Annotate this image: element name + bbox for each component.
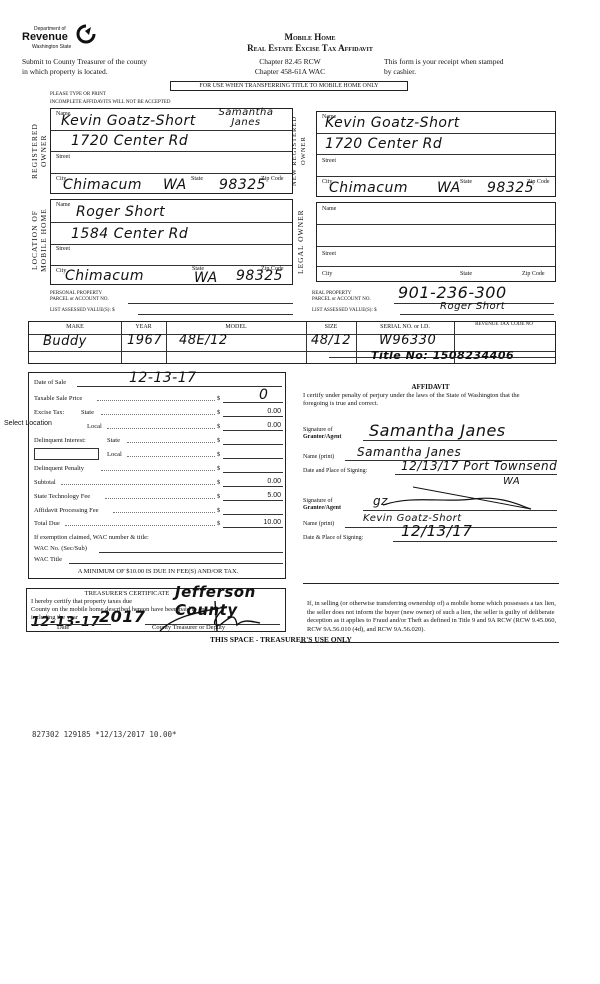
col-header-model: MODEL (166, 324, 306, 330)
state-label: State (460, 179, 472, 185)
location-address[interactable]: 1584 Center Rd (71, 226, 188, 242)
affidavit-divider (303, 583, 559, 584)
registered-owner-name[interactable]: Kevin Goatz-Short (61, 113, 196, 129)
cell-size[interactable]: 48/12 (311, 333, 351, 348)
dollar-sign: $ (217, 395, 220, 402)
subtotal-value[interactable]: 0.00 (223, 478, 281, 485)
location-label-2: MOBILE HOME (39, 208, 48, 272)
treasurer-date-label: Date (57, 624, 69, 631)
location-name[interactable]: Roger Short (76, 204, 165, 220)
excise-tax-label: Excise Tax: (34, 409, 64, 416)
registered-owner-name-extra[interactable]: Samantha Janes (211, 108, 281, 128)
submit-instructions: Submit to County Treasurer of the county… (22, 57, 147, 77)
delinquent-local-label: Local (107, 451, 122, 458)
registered-owner-label: REGISTERED OWNER (30, 110, 52, 192)
registered-owner-label-1: REGISTERED (30, 123, 39, 179)
cell-make[interactable]: Buddy (43, 334, 87, 349)
dept-line-3: Washington State (32, 44, 71, 50)
street-label: Street (56, 246, 70, 252)
state-label: State (460, 271, 472, 277)
cell-serial[interactable]: W96330 (379, 333, 436, 348)
location-select[interactable] (34, 448, 99, 460)
grantee-date-place-label: Date & Place of Signing: (303, 535, 363, 541)
registered-owner-state[interactable]: WA (163, 177, 187, 193)
date-of-sale-value[interactable]: 12-13-17 (129, 370, 197, 386)
new-owner-label-2: OWNER (300, 137, 307, 166)
real-parcel-value[interactable]: 901-236-300 (398, 283, 507, 302)
affidavit-certify: I certify under penalty of perjury under… (303, 392, 533, 408)
street-label: Street (322, 158, 336, 164)
tech-fee-label: State Technology Fee (34, 493, 90, 500)
legal-owner-label-text: LEGAL OWNER (296, 210, 305, 275)
lien-notice: If, in selling (or otherwise transferrin… (307, 600, 557, 634)
new-owner-address[interactable]: 1720 Center Rd (325, 136, 442, 152)
submit-line-2: in which property is located. (22, 67, 147, 77)
location-label: LOCATION OF MOBILE HOME (30, 200, 52, 280)
delinquent-penalty-label: Delinquent Penalty (34, 465, 84, 472)
taxable-price-label: Taxable Sale Price (34, 395, 82, 402)
real-property-section: REAL PROPERTY PARCEL or ACCOUNT NO. 901-… (312, 291, 557, 321)
col-header-serial: SERIAL NO. or I.D. (356, 324, 454, 330)
wac-title-label: WAC Title (34, 556, 62, 563)
dept-line-2: Revenue (22, 31, 68, 43)
grantor-signature[interactable]: Samantha Janes (369, 421, 506, 440)
title-number-note[interactable]: Title No: 1508234406 (371, 349, 514, 362)
grantor-sig-label-1: Signature of (303, 427, 341, 434)
dollar-sign: $ (217, 465, 220, 472)
delinquent-state-field[interactable] (223, 437, 283, 445)
chapter-wac: Chapter 458-61A WAC (240, 67, 340, 77)
registered-owner-address[interactable]: 1720 Center Rd (71, 133, 188, 149)
dollar-sign: $ (217, 493, 220, 500)
real-assessed-value[interactable]: Roger Short (440, 301, 505, 312)
dollar-sign: $ (217, 479, 220, 486)
delinquent-local-field[interactable] (223, 451, 283, 459)
excise-local-value[interactable]: 0.00 (223, 422, 281, 429)
treasurer-certificate-box: TREASURER'S CERTIFICATE I hereby certify… (26, 588, 286, 632)
dollar-sign: $ (217, 520, 220, 527)
street-label: Street (56, 154, 70, 160)
excise-local-label: Local (87, 423, 102, 430)
title-line-2: Real Estate Excise Tax Affidavit (170, 43, 450, 53)
minimum-notice: A MINIMUM OF $10.00 IS DUE IN FEE(S) AND… (29, 568, 287, 575)
delinquent-state-label: State (107, 437, 120, 444)
processing-fee-label: Affidavit Processing Fee (34, 507, 99, 514)
new-registered-owner-label: NEW REGISTERED OWNER (290, 108, 314, 194)
location-city[interactable]: Chimacum (65, 268, 144, 284)
street-label: Street (322, 251, 336, 257)
registered-owner-zip[interactable]: 98325 (219, 177, 266, 193)
new-owner-name[interactable]: Kevin Goatz-Short (325, 115, 460, 131)
cell-year[interactable]: 1967 (127, 333, 162, 348)
personal-property-section: PERSONAL PROPERTY PARCEL or ACCOUNT NO. … (50, 291, 295, 321)
subtotal-label: Subtotal (34, 479, 56, 486)
grantor-date-place-label: Date and Place of Signing: (303, 468, 367, 474)
wac-no-label: WAC No. (Sec/Sub) (34, 545, 87, 552)
registered-owner-box: Name Kevin Goatz-Short Samantha Janes 17… (50, 108, 293, 194)
dollar-sign: $ (217, 423, 220, 430)
real-assessed-label: LIST ASSESSED VALUE(S): $ (312, 308, 377, 313)
submit-line-1: Submit to County Treasurer of the county (22, 57, 147, 67)
receipt-stamp: 827302 129185 *12/13/2017 10.00* (32, 730, 177, 739)
grantor-name-value[interactable]: Samantha Janes (357, 445, 461, 459)
chapters: Chapter 82.45 RCW Chapter 458-61A WAC (240, 57, 340, 77)
lien-divider (300, 642, 559, 643)
treasurer-signature (155, 597, 265, 633)
receipt-line-1: This form is your receipt when stamped (384, 57, 504, 67)
affidavit-section: AFFIDAVIT I certify under penalty of per… (303, 383, 558, 563)
select-location-label: Select Location (4, 420, 52, 427)
grantor-name-label: Name (print) (303, 454, 334, 460)
name-label: Name (322, 206, 336, 212)
location-box: Name Roger Short 1584 Center Rd Street C… (50, 199, 293, 285)
personal-assessed-field[interactable] (138, 307, 293, 315)
registered-owner-label-2: OWNER (39, 135, 48, 168)
exemption-label: If exemption claimed, WAC number & title… (34, 534, 149, 541)
taxable-price-value[interactable]: 0 (259, 387, 268, 403)
processing-fee-field[interactable] (223, 507, 283, 515)
new-owner-box: Name Kevin Goatz-Short 1720 Center Rd St… (316, 111, 556, 197)
new-owner-label-1: NEW REGISTERED (291, 116, 298, 186)
total-due-value[interactable]: 10.00 (223, 519, 281, 526)
legal-owner-label: LEGAL OWNER (296, 202, 310, 282)
taxable-price-field[interactable] (223, 395, 283, 403)
date-of-sale-label: Date of Sale (34, 379, 66, 386)
affidavit-title: AFFIDAVIT (303, 383, 558, 391)
grantee-date-place-value[interactable]: 12/13/17 (401, 522, 472, 540)
city-label: City (322, 271, 332, 277)
wac-no-field[interactable] (99, 545, 283, 553)
receipt-line-2: by cashier. (384, 67, 504, 77)
personal-parcel-field[interactable] (128, 296, 293, 304)
excise-state-value[interactable]: 0.00 (223, 408, 281, 415)
grantor-date-place-value[interactable]: 12/13/17 Port Townsend (401, 459, 557, 473)
new-owner-state[interactable]: WA (437, 180, 461, 196)
dollar-sign: $ (217, 437, 220, 444)
grantor-sig-label: Signature of Grantor/Agent (303, 427, 341, 441)
registered-owner-city[interactable]: Chimacum (63, 177, 142, 193)
personal-assessed-label: LIST ASSESSED VALUE(S): $ (50, 308, 115, 313)
chapter-rcw: Chapter 82.45 RCW (240, 57, 340, 67)
col-header-make: MAKE (29, 324, 121, 330)
location-label-1: LOCATION OF (30, 210, 39, 270)
name-label: Name (56, 202, 70, 208)
grantor-sig-label-2: Grantor/Agent (303, 434, 341, 441)
instruction-incomplete: INCOMPLETE AFFIDAVITS WILL NOT BE ACCEPT… (50, 100, 171, 105)
use-banner: FOR USE WHEN TRANSFERRING TITLE TO MOBIL… (170, 81, 408, 91)
delinquent-penalty-field[interactable] (223, 465, 283, 473)
col-header-year: YEAR (121, 324, 166, 330)
excise-state-label: State (81, 409, 94, 416)
dollar-sign: $ (217, 451, 220, 458)
treasurer-text-1: I hereby certify that property taxes due (31, 598, 132, 605)
col-header-size: SIZE (306, 324, 356, 330)
grantee-sig-label-2: Grantee/Agent (303, 505, 341, 512)
cell-model[interactable]: 48E/12 (179, 333, 228, 348)
dor-logo: Department of Revenue Washington State (22, 26, 102, 54)
dor-swirl-icon (76, 24, 96, 44)
dollar-sign: $ (217, 507, 220, 514)
title-line-1: Mobile Home (200, 32, 420, 42)
location-state[interactable]: WA (194, 270, 218, 286)
total-due-label: Total Due (34, 520, 60, 527)
grantee-signature-stroke (383, 485, 533, 511)
delinquent-interest-label: Delinquent Interest: (34, 437, 86, 444)
tech-fee-value[interactable]: 5.00 (223, 492, 281, 499)
location-zip[interactable]: 98325 (236, 268, 283, 284)
col-header-revenue-code: REVENUE TAX CODE NO (459, 322, 549, 328)
grantee-sig-label-1: Signature of (303, 498, 341, 505)
receipt-note: This form is your receipt when stamped b… (384, 57, 504, 77)
new-owner-city[interactable]: Chimacum (329, 180, 408, 196)
instruction-type-print: PLEASE TYPE OR PRINT (50, 92, 106, 97)
grantee-name-label: Name (print) (303, 521, 334, 527)
grantee-sig-label: Signature of Grantee/Agent (303, 498, 341, 512)
tax-calc-box: Date of Sale 12-13-17 Taxable Sale Price… (28, 372, 286, 579)
dollar-sign: $ (217, 409, 220, 416)
state-label: State (191, 176, 203, 182)
vehicle-table: MAKE YEAR MODEL SIZE SERIAL NO. or I.D. … (28, 321, 556, 364)
zip-label: Zip Code (522, 271, 545, 277)
wac-title-field[interactable] (69, 556, 283, 564)
new-owner-zip[interactable]: 98325 (487, 180, 534, 196)
legal-owner-box: Name Street City State Zip Code (316, 202, 556, 282)
